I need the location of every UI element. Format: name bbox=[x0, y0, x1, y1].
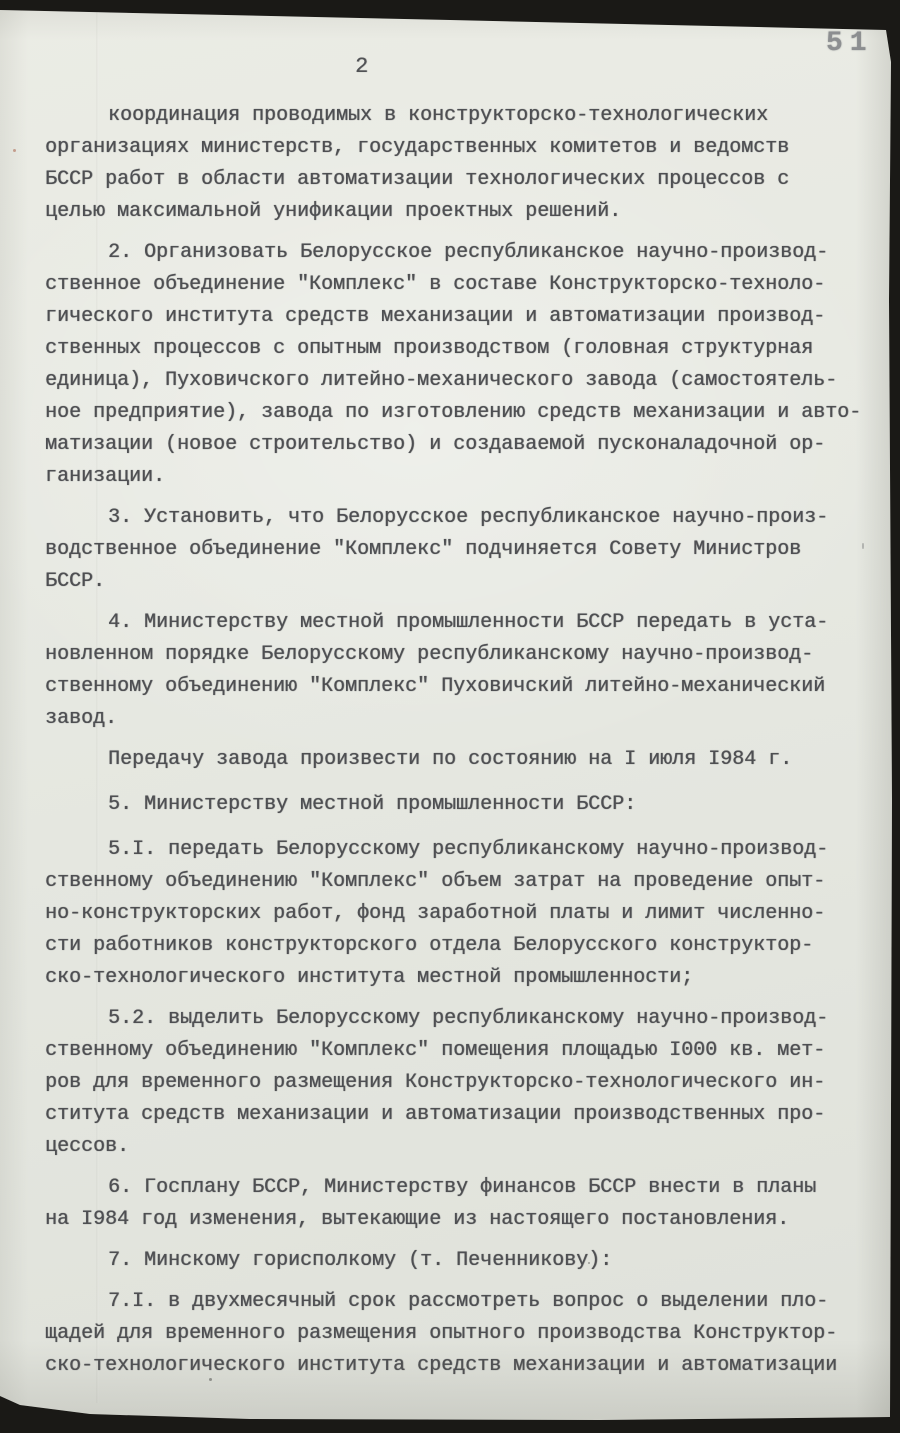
text-line: водственное объединение "Комплекс" подчи… bbox=[45, 534, 875, 566]
scanned-page: 51 2 координация проводимых в конструкто… bbox=[0, 0, 900, 1433]
text-line: на I984 год изменения, вытекающие из нас… bbox=[45, 1204, 875, 1236]
text-line: завод. bbox=[45, 703, 875, 735]
paragraph-item-6: 6. Госплану БССР, Министерству финансов … bbox=[45, 1172, 875, 1236]
text-line: ственному объединению "Комплекс" помещен… bbox=[45, 1035, 875, 1067]
text-line: ско-технологического института средств м… bbox=[45, 1350, 875, 1382]
paragraph-item-7: 7. Минскому горисполкому (т. Печенникову… bbox=[45, 1245, 875, 1277]
text-line: целью максимальной унификации проектных … bbox=[45, 196, 875, 228]
text-line: ственных процессов с опытным производств… bbox=[45, 333, 875, 365]
scan-background: { "page": { "sheet_stamp": "51", "page_n… bbox=[0, 0, 900, 1433]
paragraph-item-5: 5. Министерству местной промышленности Б… bbox=[45, 789, 875, 821]
text-line: ное предприятие), завода по изготовлению… bbox=[45, 397, 875, 429]
paragraph-item-7-1: 7.I. в двухмесячный срок рассмотреть воп… bbox=[45, 1286, 875, 1382]
text-line: сти работников конструкторского отдела Б… bbox=[45, 930, 875, 962]
text-line: матизации (новое строительство) и создав… bbox=[45, 429, 875, 461]
text-line: 7.I. в двухмесячный срок рассмотреть воп… bbox=[45, 1286, 875, 1318]
text-line: 3. Установить, что Белорусское республик… bbox=[45, 502, 875, 534]
text-line: новленном порядке Белорусскому республик… bbox=[45, 639, 875, 671]
text-line: единица), Пуховичского литейно-механичес… bbox=[45, 365, 875, 397]
text-line: организациях министерств, государственны… bbox=[45, 132, 875, 164]
text-line: ственному объединению "Комплекс" Пухович… bbox=[45, 671, 875, 703]
text-line: координация проводимых в конструкторско-… bbox=[45, 100, 875, 132]
text-line: 5.2. выделить Белорусскому республиканск… bbox=[45, 1003, 875, 1035]
paper-speck bbox=[13, 149, 16, 152]
text-line: 5. Министерству местной промышленности Б… bbox=[45, 789, 875, 821]
text-line: ско-технологического института местной п… bbox=[45, 962, 875, 994]
text-line: БССР работ в области автоматизации техно… bbox=[45, 164, 875, 196]
text-line: Передачу завода произвести по состоянию … bbox=[45, 744, 875, 776]
text-line: 7. Минскому горисполкому (т. Печенникову… bbox=[45, 1245, 875, 1277]
text-line: ститута средств механизации и автоматиза… bbox=[45, 1099, 875, 1131]
paragraph-continuation: координация проводимых в конструкторско-… bbox=[45, 100, 875, 228]
text-line: но-конструкторских работ, фонд заработно… bbox=[45, 898, 875, 930]
text-line: гического института средств механизации … bbox=[45, 301, 875, 333]
text-line: ственному объединению "Комплекс" объем з… bbox=[45, 866, 875, 898]
sheet-number-stamp: 51 bbox=[826, 28, 874, 59]
paragraph-transfer-date: Передачу завода произвести по состоянию … bbox=[45, 744, 875, 776]
text-line: 6. Госплану БССР, Министерству финансов … bbox=[45, 1172, 875, 1204]
paragraph-item-5-1: 5.I. передать Белорусскому республиканск… bbox=[45, 834, 875, 994]
text-line: щадей для временного размещения опытного… bbox=[45, 1318, 875, 1350]
text-line: ров для временного размещения Конструкто… bbox=[45, 1067, 875, 1099]
paragraph-item-4: 4. Министерству местной промышленности Б… bbox=[45, 607, 875, 735]
text-line: ственное объединение "Комплекс" в состав… bbox=[45, 269, 875, 301]
page-number: 2 bbox=[355, 54, 368, 79]
text-line: 2. Организовать Белорусское республиканс… bbox=[45, 237, 875, 269]
document-text: координация проводимых в конструкторско-… bbox=[45, 100, 875, 1391]
paragraph-item-3: 3. Установить, что Белорусское республик… bbox=[45, 502, 875, 598]
text-line: 5.I. передать Белорусскому республиканск… bbox=[45, 834, 875, 866]
text-line: 4. Министерству местной промышленности Б… bbox=[45, 607, 875, 639]
paragraph-item-2: 2. Организовать Белорусское республиканс… bbox=[45, 237, 875, 493]
paragraph-item-5-2: 5.2. выделить Белорусскому республиканск… bbox=[45, 1003, 875, 1163]
text-line: ганизации. bbox=[45, 461, 875, 493]
text-line: цессов. bbox=[45, 1131, 875, 1163]
text-line: БССР. bbox=[45, 566, 875, 598]
